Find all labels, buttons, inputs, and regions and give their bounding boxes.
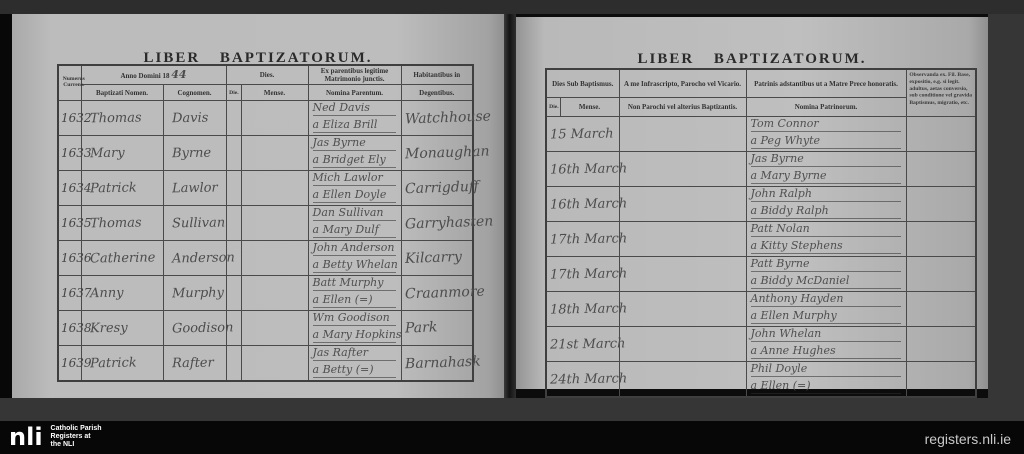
parent-father: Wm Goodison bbox=[313, 311, 396, 326]
mense-cell-empty bbox=[241, 346, 308, 382]
header-die: Die. bbox=[226, 85, 241, 101]
baptism-date-sponsor-row: 15 March Tom Connor a Peg Whyte bbox=[546, 116, 976, 151]
header-habitantibus: Habitantibus in bbox=[401, 65, 473, 85]
parent-father: Jas Rafter bbox=[313, 346, 396, 361]
parent-mother: a Bridget Ely bbox=[313, 153, 396, 168]
parent-mother: a Ellen (=) bbox=[313, 293, 396, 308]
film-edge bbox=[0, 14, 12, 398]
header-dies-group: Dies. bbox=[226, 65, 308, 85]
nli-brand: nli Catholic Parish Registers at the NLI bbox=[9, 422, 102, 452]
sponsor-second: a Peg Whyte bbox=[751, 134, 901, 149]
residence: Garryhasten bbox=[401, 214, 493, 233]
header-minister-group: A me Infrascripto, Parocho vel Vicario. bbox=[619, 69, 746, 98]
minister-cell-empty bbox=[619, 221, 746, 256]
parent-father: Mich Lawlor bbox=[313, 171, 396, 186]
sponsor-first: Phil Doyle bbox=[751, 362, 901, 377]
baptism-date: 21st March bbox=[547, 336, 626, 352]
baptized-first-name: Kresy bbox=[81, 321, 127, 337]
baptism-date: 16th March bbox=[547, 161, 627, 177]
baptized-surname: Anderson bbox=[163, 250, 234, 266]
observations-cell-empty bbox=[906, 256, 976, 291]
brand-line-2: Registers at bbox=[51, 433, 102, 441]
minister-cell-empty bbox=[619, 186, 746, 221]
parent-father: John Anderson bbox=[313, 241, 396, 256]
baptism-entry-row: 1634 Patrick Lawlor Mich Lawlor a Ellen … bbox=[58, 171, 473, 206]
sponsor-second: a Biddy Ralph bbox=[751, 204, 901, 219]
baptism-entry-row: 1638 Kresy Goodison Wm Goodison a Mary H… bbox=[58, 311, 473, 346]
baptism-date: 17th March bbox=[547, 266, 627, 282]
right-register-table: Dies Sub Baptismus. A me Infrascripto, P… bbox=[545, 68, 977, 398]
right-page: LIBER BAPTIZATORUM. Dies Sub Baptismus. … bbox=[516, 17, 988, 389]
baptized-first-name: Thomas bbox=[81, 111, 141, 127]
baptism-entry-row: 1636 Catherine Anderson John Anderson a … bbox=[58, 241, 473, 276]
minister-cell-empty bbox=[619, 361, 746, 397]
parent-mother: a Mary Hopkins bbox=[313, 328, 396, 343]
baptism-date-sponsor-row: 16th March Jas Byrne a Mary Byrne bbox=[546, 151, 976, 186]
baptism-date: 24th March bbox=[547, 371, 627, 387]
residence: Carrigduff bbox=[401, 179, 478, 198]
sponsor-first: Patt Byrne bbox=[751, 257, 901, 272]
minister-cell-empty bbox=[619, 256, 746, 291]
header-degentibus: Degentibus. bbox=[401, 85, 473, 101]
residence: Park bbox=[401, 319, 437, 336]
sponsor-second: a Ellen (=) bbox=[751, 379, 901, 394]
observations-cell-empty bbox=[906, 326, 976, 361]
header-nomina-parentum: Nomina Parentum. bbox=[308, 85, 401, 101]
baptized-surname: Goodison bbox=[163, 320, 233, 336]
baptized-surname: Davis bbox=[163, 111, 208, 127]
baptism-date: 16th March bbox=[547, 196, 627, 212]
observations-cell-empty bbox=[906, 116, 976, 151]
header-sponsors-group: Patrinis adstantibus ut a Matre Prece ho… bbox=[746, 69, 906, 98]
mense-cell-empty bbox=[241, 171, 308, 206]
residence: Barnahask bbox=[401, 354, 480, 373]
nli-logo: nli bbox=[9, 422, 43, 452]
parent-mother: a Betty (=) bbox=[313, 363, 396, 378]
residence: Kilcarry bbox=[401, 249, 461, 267]
left-page: LIBER BAPTIZATORUM. Numerus Currens. Ann… bbox=[12, 14, 504, 398]
parent-mother: a Eliza Brill bbox=[313, 118, 396, 133]
mense-cell-empty bbox=[241, 101, 308, 136]
minister-cell-empty bbox=[619, 326, 746, 361]
parent-father: Dan Sullivan bbox=[313, 206, 396, 221]
die-cell-empty bbox=[226, 101, 241, 136]
mense-cell-empty bbox=[241, 206, 308, 241]
baptized-first-name: Patrick bbox=[81, 181, 136, 197]
baptism-entry-row: 1632 Thomas Davis Ned Davis a Eliza Bril… bbox=[58, 101, 473, 136]
header-die: Die. bbox=[546, 98, 560, 116]
baptism-entry-row: 1639 Patrick Rafter Jas Rafter a Betty (… bbox=[58, 346, 473, 382]
baptized-first-name: Mary bbox=[81, 146, 124, 162]
header-dies-sub-baptismus: Dies Sub Baptismus. bbox=[546, 69, 619, 98]
mense-cell-empty bbox=[241, 311, 308, 346]
left-register-table: Numerus Currens. Anno Domini 18 44 Dies.… bbox=[57, 64, 474, 382]
baptized-surname: Byrne bbox=[163, 146, 210, 162]
header-observations: Observanda ex. Fil. Base, expositio, e.g… bbox=[906, 69, 976, 116]
die-cell-empty bbox=[226, 206, 241, 241]
footer-bar: nli Catholic Parish Registers at the NLI… bbox=[0, 421, 1024, 454]
baptism-date-sponsor-row: 17th March Patt Nolan a Kitty Stephens bbox=[546, 221, 976, 256]
die-cell-empty bbox=[226, 136, 241, 171]
parent-mother: a Ellen Doyle bbox=[313, 188, 396, 203]
sponsor-first: Anthony Hayden bbox=[751, 292, 901, 307]
header-nomina-patrinorum: Nomina Patrinorum. bbox=[746, 98, 906, 116]
baptized-surname: Murphy bbox=[163, 286, 223, 302]
die-cell-empty bbox=[226, 276, 241, 311]
header-numerus: Numerus Currens. bbox=[58, 65, 81, 101]
observations-cell-empty bbox=[906, 151, 976, 186]
baptism-date-sponsor-row: 18th March Anthony Hayden a Ellen Murphy bbox=[546, 291, 976, 326]
sponsor-first: Tom Connor bbox=[751, 117, 901, 132]
minister-cell-empty bbox=[619, 116, 746, 151]
baptized-surname: Rafter bbox=[163, 356, 213, 372]
parent-mother: a Betty Whelan bbox=[313, 258, 396, 273]
sponsor-second: a Biddy McDaniel bbox=[751, 274, 901, 289]
die-cell-empty bbox=[226, 346, 241, 382]
observations-cell-empty bbox=[906, 186, 976, 221]
brand-line-1: Catholic Parish bbox=[51, 425, 102, 433]
die-cell-empty bbox=[226, 171, 241, 206]
parent-mother: a Mary Dulf bbox=[313, 223, 396, 238]
register-scan[interactable]: LIBER BAPTIZATORUM. Numerus Currens. Ann… bbox=[0, 14, 988, 398]
sponsor-first: John Whelan bbox=[751, 327, 901, 342]
residence: Craanmore bbox=[401, 284, 484, 303]
header-minister-sub: Non Parochi vel alterius Baptizantis. bbox=[619, 98, 746, 116]
sponsor-first: Jas Byrne bbox=[751, 152, 901, 167]
minister-cell-empty bbox=[619, 151, 746, 186]
mense-cell-empty bbox=[241, 241, 308, 276]
brand-text: Catholic Parish Registers at the NLI bbox=[51, 425, 102, 449]
baptism-date: 18th March bbox=[547, 301, 627, 317]
residence: Watchhouse bbox=[401, 109, 490, 128]
sponsor-second: a Ellen Murphy bbox=[751, 309, 901, 324]
baptism-entry-row: 1633 Mary Byrne Jas Byrne a Bridget Ely … bbox=[58, 136, 473, 171]
parent-father: Jas Byrne bbox=[313, 136, 396, 151]
book-gutter bbox=[504, 14, 516, 398]
baptism-date: 17th March bbox=[547, 231, 627, 247]
mense-cell-empty bbox=[241, 136, 308, 171]
header-baptizati-nomen: Baptizati Nomen. bbox=[81, 85, 163, 101]
baptism-entry-row: 1635 Thomas Sullivan Dan Sullivan a Mary… bbox=[58, 206, 473, 241]
observations-cell-empty bbox=[906, 361, 976, 397]
site-url: registers.nli.ie bbox=[925, 431, 1011, 447]
observations-cell-empty bbox=[906, 291, 976, 326]
baptized-first-name: Patrick bbox=[81, 356, 136, 372]
parent-father: Batt Murphy bbox=[313, 276, 396, 291]
baptism-date-sponsor-row: 16th March John Ralph a Biddy Ralph bbox=[546, 186, 976, 221]
brand-line-3: the NLI bbox=[51, 441, 102, 449]
sponsor-first: John Ralph bbox=[751, 187, 901, 202]
observations-cell-empty bbox=[906, 221, 976, 256]
sponsor-second: a Kitty Stephens bbox=[751, 239, 901, 254]
right-page-title: LIBER BAPTIZATORUM. bbox=[516, 51, 988, 68]
baptized-first-name: Catherine bbox=[81, 250, 155, 266]
header-mense: Mense. bbox=[241, 85, 308, 101]
header-cognomen: Cognomen. bbox=[163, 85, 226, 101]
sponsor-second: a Mary Byrne bbox=[751, 169, 901, 184]
baptized-surname: Lawlor bbox=[163, 181, 217, 197]
baptized-surname: Sullivan bbox=[163, 216, 224, 232]
residence: Monaughan bbox=[401, 144, 489, 163]
sponsor-second: a Anne Hughes bbox=[751, 344, 901, 359]
header-parents-group: Ex parentibus legitime Matrimonio juncti… bbox=[308, 65, 401, 85]
baptism-entry-row: 1637 Anny Murphy Batt Murphy a Ellen (=)… bbox=[58, 276, 473, 311]
baptized-first-name: Thomas bbox=[81, 216, 141, 232]
minister-cell-empty bbox=[619, 291, 746, 326]
baptism-date-sponsor-row: 24th March Phil Doyle a Ellen (=) bbox=[546, 361, 976, 397]
register-viewer: LIBER BAPTIZATORUM. Numerus Currens. Ann… bbox=[0, 0, 1024, 454]
parent-father: Ned Davis bbox=[313, 101, 396, 116]
baptism-date-sponsor-row: 17th March Patt Byrne a Biddy McDaniel bbox=[546, 256, 976, 291]
baptism-date: 15 March bbox=[547, 126, 614, 142]
baptized-first-name: Anny bbox=[81, 286, 123, 302]
baptism-date-sponsor-row: 21st March John Whelan a Anne Hughes bbox=[546, 326, 976, 361]
sponsor-first: Patt Nolan bbox=[751, 222, 901, 237]
header-mense: Mense. bbox=[560, 98, 619, 116]
anno-year-handwritten: 44 bbox=[171, 68, 186, 81]
mense-cell-empty bbox=[241, 276, 308, 311]
header-anno-domini: Anno Domini 18 44 bbox=[81, 65, 226, 85]
